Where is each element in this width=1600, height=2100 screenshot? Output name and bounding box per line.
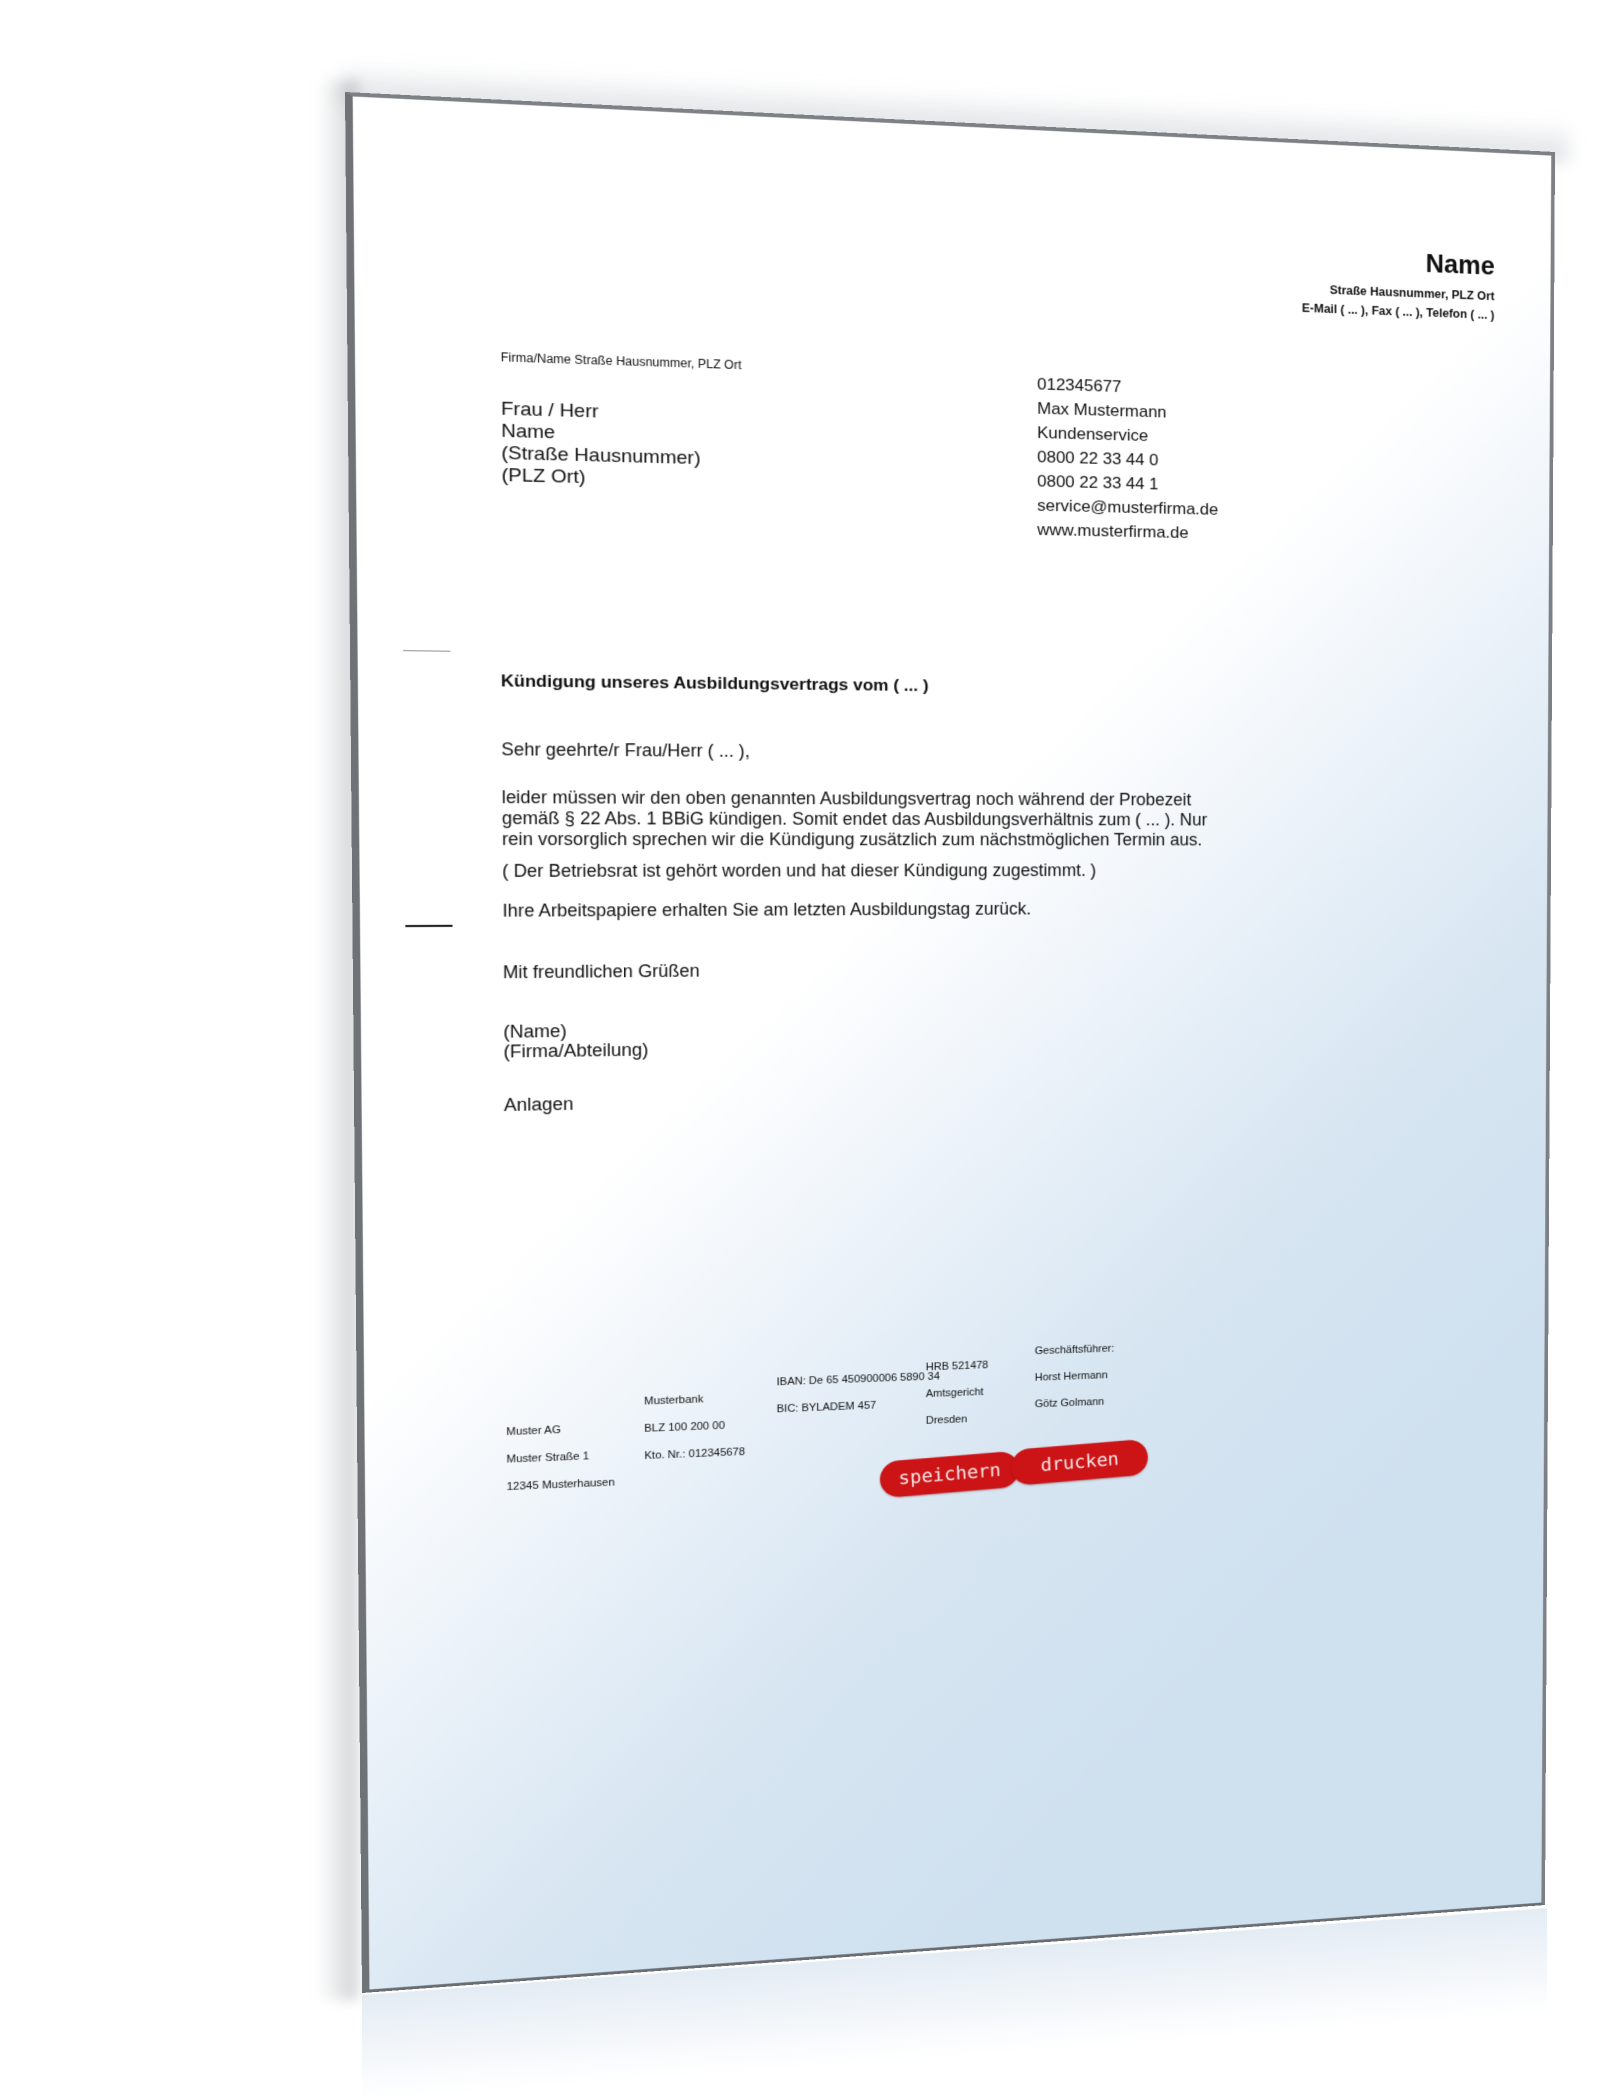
- signature-block: (Name) (Firma/Abteilung): [503, 1020, 648, 1061]
- signature-department: (Firma/Abteilung): [503, 1040, 648, 1062]
- document-page: Name Straße Hausnummer, PLZ Ort E-Mail (…: [345, 92, 1555, 1993]
- footer-manager-1: Horst Hermann: [1035, 1362, 1115, 1391]
- footer-management: Geschäftsführer: Horst Hermann Götz Golm…: [1035, 1335, 1115, 1417]
- works-council-note: ( Der Betriebsrat ist gehört worden und …: [502, 861, 1096, 882]
- sender-name: Name: [1426, 249, 1495, 281]
- contact-block: 012345677 Max Mustermann Kundenservice 0…: [1037, 372, 1218, 546]
- footer-account-number: Kto. Nr.: 012345678: [644, 1439, 745, 1470]
- footer-court: Amtsgericht: [926, 1379, 989, 1408]
- contact-website: www.musterfirma.de: [1037, 517, 1218, 545]
- papers-note: Ihre Arbeitspapiere erhalten Sie am letz…: [502, 899, 1031, 922]
- footer-register: HRB 521478 Amtsgericht Dresden: [926, 1352, 989, 1434]
- fold-mark-top: [403, 650, 450, 652]
- footer-company: Muster AG Muster Straße 1 12345 Musterha…: [506, 1414, 615, 1500]
- footer-bank-code: BLZ 100 200 00: [644, 1411, 745, 1442]
- letter-body: leider müssen wir den oben genannten Aus…: [502, 787, 1212, 850]
- print-button[interactable]: drucken: [1010, 1439, 1148, 1486]
- fold-mark-middle: [405, 925, 452, 927]
- letter-subject: Kündigung unseres Ausbildungsvertrags vo…: [501, 671, 929, 696]
- footer-management-label: Geschäftsführer:: [1035, 1335, 1115, 1364]
- sender-contact: E-Mail ( ... ), Fax ( ... ), Telefon ( .…: [1302, 301, 1495, 322]
- letter-closing: Mit freundlichen Grüßen: [503, 961, 700, 983]
- footer-company-city: 12345 Musterhausen: [507, 1469, 615, 1501]
- letter-salutation: Sehr geehrte/r Frau/Herr ( ... ),: [501, 739, 750, 761]
- attachments-label: Anlagen: [504, 1094, 574, 1116]
- footer-bank: Musterbank BLZ 100 200 00 Kto. Nr.: 0123…: [644, 1384, 745, 1469]
- footer-bic: BIC: BYLADEM 457: [777, 1390, 940, 1423]
- return-address: Firma/Name Straße Hausnummer, PLZ Ort: [501, 350, 742, 372]
- footer-hrb: HRB 521478: [926, 1352, 989, 1381]
- footer-manager-2: Götz Golmann: [1035, 1388, 1115, 1417]
- recipient-address: Frau / Herr Name (Straße Hausnummer) (PL…: [501, 399, 701, 492]
- footer-court-city: Dresden: [926, 1405, 989, 1434]
- footer-bank-name: Musterbank: [644, 1384, 745, 1415]
- footer-company-name: Muster AG: [506, 1414, 614, 1446]
- signature-name: (Name): [503, 1020, 648, 1041]
- save-button[interactable]: speichern: [879, 1451, 1020, 1499]
- footer-iban: IBAN: De 65 450900006 5890 34 BIC: BYLAD…: [776, 1363, 939, 1423]
- sender-address: Straße Hausnummer, PLZ Ort: [1330, 283, 1495, 303]
